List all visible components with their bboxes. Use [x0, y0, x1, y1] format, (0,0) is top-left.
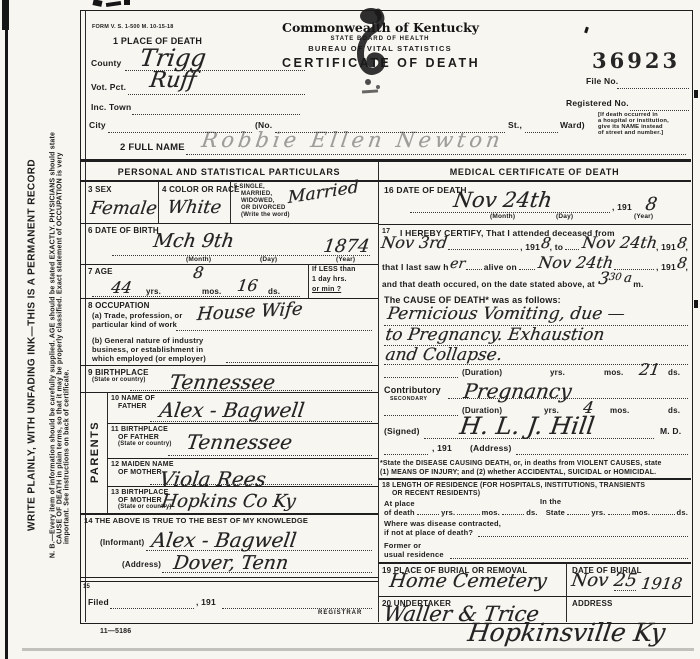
city-label: City [89, 120, 106, 130]
contrib-duration-ds: ds. [668, 406, 680, 415]
signed-label: (Signed) [384, 426, 420, 436]
dotted-leader [150, 419, 372, 422]
margin-nb-note: N. B.—Every item of information should b… [50, 132, 71, 558]
margin-nb-line1: N. B.—Every item of information should b… [50, 132, 57, 558]
dob-sub-day: (Day) [260, 256, 277, 263]
birthplace-label: 9 BIRTHPLACE [88, 368, 149, 377]
state-ds: ds. [677, 508, 688, 517]
birthplace-sublabel: (State or country) [92, 377, 146, 383]
in-the-label: In the [540, 497, 561, 506]
print-last-saw: that I last saw h [382, 262, 449, 272]
last-saw-her: er [449, 256, 466, 272]
scan-smudge [92, 0, 102, 7]
state-mos: mos. [632, 508, 650, 517]
residence-values-line: of death yrs. mos. ds. State yrs. mos. d… [384, 506, 688, 517]
dod-sub-year: (Year) [634, 213, 653, 220]
print-191: , 191 [520, 242, 540, 252]
row-rule [378, 224, 691, 225]
row-rule [107, 486, 378, 487]
row-rule [80, 392, 378, 393]
attest-statement: 14 THE ABOVE IS TRUE TO THE BEST OF MY K… [84, 516, 308, 525]
signed-191-label: , 191 [432, 443, 452, 453]
father-bp-label3: (State or country) [118, 441, 172, 447]
dotted-leader [417, 512, 439, 515]
dotted-leader [92, 294, 300, 297]
occupation-b-line1: (b) General nature of industry [92, 336, 203, 345]
print-to: , to [550, 242, 564, 252]
row-rule [107, 423, 378, 424]
footnote-line2: (1) MEANS OF INJURY; and (2) whether ACC… [380, 469, 656, 476]
cause-duration-yrs: yrs. [550, 368, 565, 377]
burial-place-value: Home Cemetery [388, 570, 548, 592]
occupation-b-line3: which employed (or employer) [92, 354, 206, 363]
form-border-inner-left [85, 10, 86, 622]
dotted-leader [478, 534, 688, 537]
informant-label: (Informant) [100, 538, 144, 547]
dob-sub-year: (Year) [336, 256, 355, 263]
dotted-leader [112, 253, 370, 256]
dotted-leader [457, 512, 479, 515]
marital-label-4: OR DIVORCED [241, 205, 286, 211]
scan-edge-strip [5, 0, 8, 659]
dotted-leader [567, 512, 589, 515]
state-yrs: yrs. [591, 508, 605, 517]
contracted-line2: if not at place of death? [384, 528, 473, 537]
dotted-leader [652, 512, 674, 515]
death-time-minutes: 30 [608, 272, 622, 283]
undertaker-address-label: ADDRESS [572, 599, 613, 608]
hospital-note-line: of street and number.] [598, 130, 690, 136]
print-m: m. [633, 279, 643, 289]
scan-smudge [106, 1, 121, 7]
certify-line3: that I last saw h er alive on Nov 24th ,… [382, 256, 688, 272]
father-bp-label2: OF FATHER [118, 434, 159, 441]
row-rule [80, 264, 378, 265]
md-label: M. D. [660, 426, 681, 436]
contrib-duration-mos: mos. [610, 406, 629, 415]
dotted-leader [384, 452, 428, 455]
full-name-label: 2 FULL NAME [120, 142, 185, 153]
scan-edge-tick [694, 90, 698, 98]
mother-bp-label1: 13 BIRTHPLACE [111, 489, 168, 496]
header-rule [80, 159, 691, 162]
dotted-leader [630, 108, 689, 111]
of-death-label: of death [384, 508, 415, 517]
secondary-label: SECONDARY [390, 396, 427, 402]
hospital-note: [If death occurred in a hospital or inst… [598, 112, 690, 136]
section-rule [80, 513, 378, 515]
occupation-a-line1: (a) Trade, profession, or [92, 311, 182, 320]
city-st-label: St., [508, 120, 522, 130]
vot-pct-value: Ruff [148, 68, 198, 93]
dod-sub-month: (Month) [490, 213, 515, 220]
ink-seal-stamp [338, 4, 412, 96]
parents-label: PARENTS [89, 421, 101, 483]
dotted-leader [448, 247, 518, 250]
occupation-b-line2: business, or establishment in [92, 345, 203, 354]
dob-label: 6 DATE OF BIRTH [88, 226, 159, 235]
if-less-line1: If LESS than [312, 266, 356, 273]
margin-write-plainly: WRITE PLAINLY, WITH UNFADING INK—THIS IS… [27, 159, 38, 531]
if-less-line3: or min ? [312, 286, 341, 293]
scan-edge-blob [2, 0, 9, 30]
undertaker-address-value: Hopkinsville Ky [466, 618, 667, 647]
cause-line2: to Pregnancy. Exhaustion [384, 325, 606, 345]
dob-value: Mch 9th [152, 230, 235, 252]
row-rule [80, 223, 378, 224]
race-value: White [166, 197, 223, 218]
mother-bp-value: Hopkins Co Ky [160, 491, 297, 512]
father-bp-value: Tennessee [185, 430, 294, 454]
residence-label2: OR RECENT RESIDENTS) [392, 490, 480, 497]
certificate-scan: WRITE PLAINLY, WITH UNFADING INK—THIS IS… [0, 0, 700, 659]
cause-duration-days-value: 21 [638, 360, 661, 379]
dotted-leader [150, 482, 372, 485]
inc-town-label: Inc. Town [91, 102, 131, 112]
dotted-leader [608, 512, 630, 515]
dotted-leader [516, 452, 688, 455]
age-label: 7 AGE [88, 267, 113, 276]
dotted-leader [222, 606, 372, 609]
row-rule [80, 298, 378, 299]
cause-duration-mos: mos. [604, 368, 623, 377]
margin-nb-line2: CAUSE OF DEATH in plain terms, so that i… [57, 132, 64, 544]
dotted-leader [226, 360, 372, 363]
dod-sub-day: (Day) [556, 213, 573, 220]
dotted-leader [384, 413, 458, 416]
scan-edge-tick [694, 300, 698, 308]
dotted-leader [614, 267, 654, 270]
double-rule [80, 577, 378, 578]
marital-label-1: 5 SINGLE, [234, 184, 265, 190]
cause-duration-ds: ds. [668, 368, 680, 377]
section-rule [378, 180, 691, 182]
signed-address-label: (Address) [470, 443, 511, 453]
informant-address-value: Dover, Tenn [172, 552, 290, 574]
mother-name-label2: OF MOTHER [118, 469, 162, 476]
county-label: County [91, 58, 121, 68]
medical-section-title: MEDICAL CERTIFICATE OF DEATH [378, 167, 691, 177]
dotted-leader [130, 388, 372, 391]
dotted-leader [132, 112, 300, 115]
personal-section-title: PERSONAL AND STATISTICAL PARTICULARS [80, 167, 378, 177]
row-rule [378, 478, 691, 480]
registered-no-label: Registered No. [566, 98, 629, 108]
race-label: 4 COLOR OR RACE [162, 185, 240, 194]
burial-date-year: 1918 [640, 574, 683, 593]
double-rule [80, 581, 378, 582]
item15-label: 15 [83, 584, 90, 590]
certify-line2: Nov 3rd , 191 8 , to Nov 24th , 191 8 , [380, 236, 688, 252]
mother-bp-label2: OF MOTHER [118, 497, 162, 504]
contributory-value: Pregnancy [462, 379, 573, 403]
city-ward-label: Ward) [560, 120, 585, 130]
dotted-leader [448, 396, 688, 399]
informant-address-label: (Address) [122, 560, 161, 569]
print-191: , 191 [656, 242, 676, 252]
dotted-leader [525, 130, 558, 133]
occupation-label: 8 OCCUPATION [88, 301, 150, 310]
full-name-value: Robbie Ellen Newton [200, 128, 505, 152]
cause-line1: Pernicious Vomiting, due — [386, 304, 626, 324]
res-yrs: yrs. [441, 508, 455, 517]
row-rule [107, 458, 378, 459]
row-rule [378, 562, 691, 564]
print-alive-on: alive on [484, 262, 517, 272]
dotted-leader [176, 328, 372, 331]
scan-smudge [124, 0, 130, 5]
filed-191-label: , 191 [196, 597, 216, 607]
dotted-leader [110, 606, 194, 609]
scan-bottom-streak [22, 648, 694, 651]
dotted-leader [502, 512, 524, 515]
attended-from-date: Nov 3rd [380, 233, 448, 252]
column-divider [378, 162, 379, 622]
dotted-leader [466, 267, 482, 270]
dotted-leader [614, 588, 636, 591]
filed-label: Filed [88, 597, 109, 607]
row-rule [80, 365, 378, 366]
state-label: State [546, 508, 565, 517]
dotted-leader [519, 267, 535, 270]
father-name-label1: 10 NAME OF [111, 395, 155, 402]
print-191: , 191 [656, 262, 676, 272]
file-stamp-number: 36923 [592, 48, 680, 73]
dotted-leader [450, 556, 688, 559]
mother-name-value: Viola Rees [158, 467, 268, 491]
marital-label-3: WIDOWED, [241, 198, 275, 204]
sex-value: Female [89, 198, 158, 219]
dod-value: Nov 24th [452, 188, 554, 212]
vot-pct-label: Vot. Pct. [91, 82, 126, 92]
registrar-label: REGISTRAR [318, 610, 362, 616]
footnote-line1: *State the DISEASE CAUSING DEATH, or, in… [380, 460, 662, 467]
cell-divider [158, 182, 159, 223]
marital-label-2: MARRIED, [241, 191, 272, 197]
plate-number: 11—5186 [100, 628, 131, 635]
res-ds: ds. [526, 508, 537, 517]
sex-label: 3 SEX [88, 185, 112, 194]
contracted-line1: Where was disease contracted, [384, 519, 501, 528]
father-bp-label1: 11 BIRTHPLACE [111, 426, 168, 433]
contributory-label: Contributory [384, 385, 441, 395]
father-name-label2: FATHER [118, 403, 147, 410]
former-line1: Former or [384, 541, 421, 550]
print-death-occurred: and that death occured, on the date stat… [382, 280, 595, 289]
signed-value: H. L. J. Hill [458, 412, 596, 440]
residence-label1: 18 LENGTH OF RESIDENCE (FOR HOSPITALS, I… [382, 482, 645, 489]
death-time-ampm: a [623, 271, 633, 286]
dotted-leader [565, 247, 579, 250]
dotted-leader [384, 375, 458, 378]
age-days-value: 16 [236, 276, 259, 295]
cell-divider [308, 264, 309, 298]
res-mos: mos. [482, 508, 500, 517]
dod-year-print: , 191 [612, 202, 632, 212]
dob-sub-month: (Month) [186, 256, 211, 263]
marital-label-5: (Write the word) [241, 212, 290, 218]
cell-divider [566, 562, 567, 596]
form-number: FORM V. S. 1-500 M. 10-15-18 [92, 24, 174, 30]
former-line2: usual residence [384, 550, 444, 559]
dotted-leader [186, 152, 686, 155]
dotted-leader [168, 453, 372, 456]
cause-duration-label: (Duration) [462, 368, 502, 377]
row-rule [378, 596, 691, 597]
file-no-label: File No. [586, 76, 618, 86]
attended-to-date: Nov 24th [581, 233, 659, 252]
margin-nb-line3: important. See instructions on back of c… [64, 132, 71, 544]
certify-line4: and that death occured, on the date stat… [382, 273, 688, 289]
if-less-line2: 1 day hrs. [312, 276, 347, 283]
dotted-leader [617, 86, 689, 89]
parents-divider [107, 392, 108, 513]
informant-value: Alex - Bagwell [150, 528, 298, 552]
occupation-a-line2: particular kind of work [92, 320, 177, 329]
